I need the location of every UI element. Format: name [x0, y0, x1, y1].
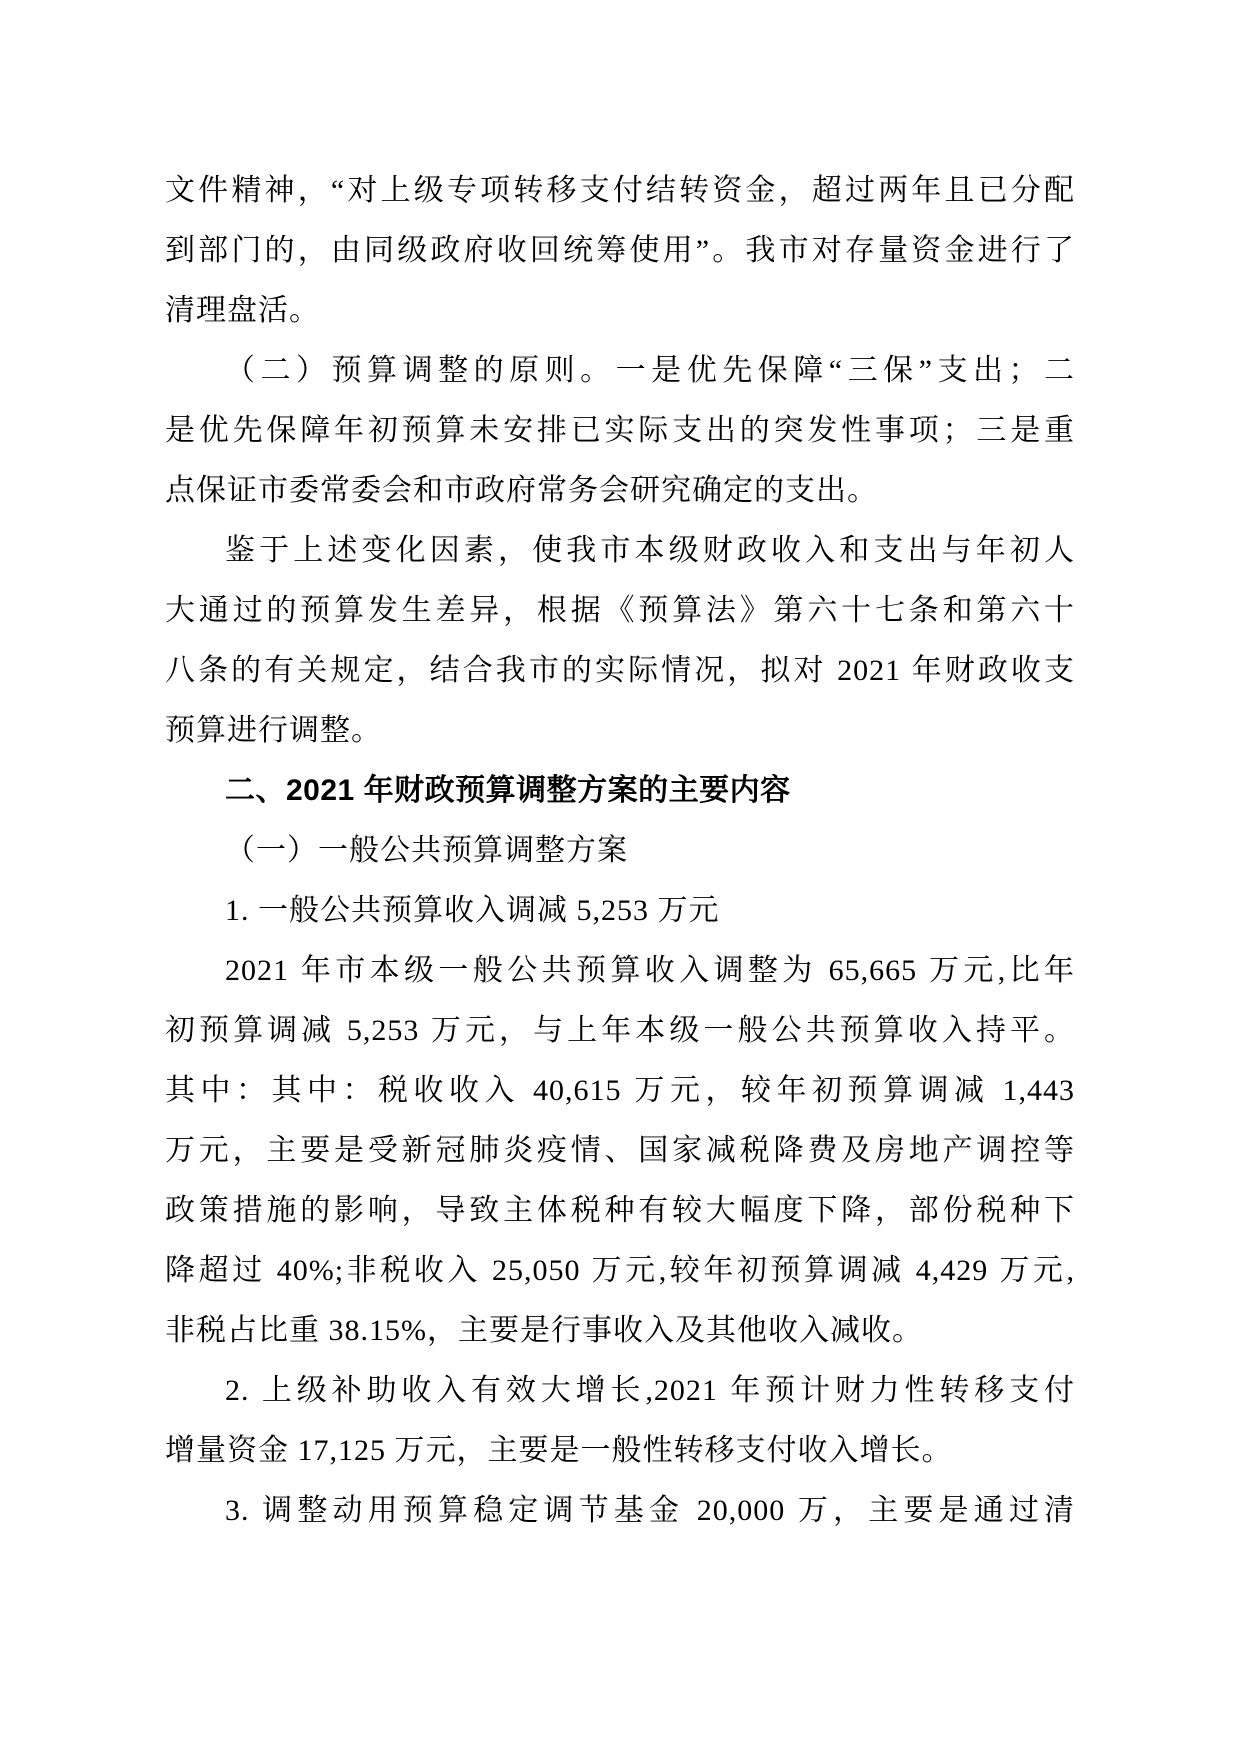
text-line: 点保证市委常委会和市政府常务会研究确定的支出。	[165, 461, 1075, 521]
text-line: 二、2021 年财政预算调整方案的主要内容	[165, 761, 1075, 821]
text-line: 2021 年市本级一般公共预算收入调整为 65,665 万元,比年	[165, 941, 1075, 1001]
para-adjustment-basis: 鉴于上述变化因素，使我市本级财政收入和支出与年初人大通过的预算发生差异，根据《预…	[165, 521, 1075, 761]
text-line: 3. 调整动用预算稳定调节基金 20,000 万，主要是通过清	[165, 1481, 1075, 1541]
heading-subsection-one: （一）一般公共预算调整方案	[165, 821, 1075, 881]
para-adjustment-principles: （二）预算调整的原则。一是优先保障“三保”支出；二是优先保障年初预算未安排已实际…	[165, 341, 1075, 521]
document-page: 文件精神，“对上级专项转移支付结转资金，超过两年且已分配到部门的，由同级政府收回…	[0, 0, 1240, 1754]
text-line: （二）预算调整的原则。一是优先保障“三保”支出；二	[165, 341, 1075, 401]
para-item-3: 3. 调整动用预算稳定调节基金 20,000 万，主要是通过清	[165, 1481, 1075, 1541]
text-line: 清理盘活。	[165, 281, 1075, 341]
text-line: （一）一般公共预算调整方案	[165, 821, 1075, 881]
text-line: 初预算调减 5,253 万元，与上年本级一般公共预算收入持平。	[165, 1001, 1075, 1061]
document-content: 文件精神，“对上级专项转移支付结转资金，超过两年且已分配到部门的，由同级政府收回…	[165, 161, 1075, 1541]
text-line: 预算进行调整。	[165, 701, 1075, 761]
text-line: 鉴于上述变化因素，使我市本级财政收入和支出与年初人	[165, 521, 1075, 581]
text-line: 2. 上级补助收入有效大增长,2021 年预计财力性转移支付	[165, 1361, 1075, 1421]
para-item-2: 2. 上级补助收入有效大增长,2021 年预计财力性转移支付增量资金 17,12…	[165, 1361, 1075, 1481]
text-line: 其中：其中：税收收入 40,615 万元，较年初预算调减 1,443	[165, 1061, 1075, 1121]
text-line: 大通过的预算发生差异，根据《预算法》第六十七条和第六十	[165, 581, 1075, 641]
text-line: 非税占比重 38.15%，主要是行事收入及其他收入减收。	[165, 1301, 1075, 1361]
text-line: 是优先保障年初预算未安排已实际支出的突发性事项；三是重	[165, 401, 1075, 461]
text-line: 八条的有关规定，结合我市的实际情况，拟对 2021 年财政收支	[165, 641, 1075, 701]
text-line: 1. 一般公共预算收入调减 5,253 万元	[165, 881, 1075, 941]
para-item-1-title: 1. 一般公共预算收入调减 5,253 万元	[165, 881, 1075, 941]
heading-section-two: 二、2021 年财政预算调整方案的主要内容	[165, 761, 1075, 821]
text-line: 增量资金 17,125 万元，主要是一般性转移支付收入增长。	[165, 1421, 1075, 1481]
text-line: 万元，主要是受新冠肺炎疫情、国家减税降费及房地产调控等	[165, 1121, 1075, 1181]
text-line: 到部门的，由同级政府收回统筹使用”。我市对存量资金进行了	[165, 221, 1075, 281]
para-item-1-detail: 2021 年市本级一般公共预算收入调整为 65,665 万元,比年初预算调减 5…	[165, 941, 1075, 1361]
para-stock-funds-cleanup: 文件精神，“对上级专项转移支付结转资金，超过两年且已分配到部门的，由同级政府收回…	[165, 161, 1075, 341]
text-line: 文件精神，“对上级专项转移支付结转资金，超过两年且已分配	[165, 161, 1075, 221]
text-line: 降超过 40%;非税收入 25,050 万元,较年初预算调减 4,429 万元,	[165, 1241, 1075, 1301]
text-line: 政策措施的影响，导致主体税种有较大幅度下降，部份税种下	[165, 1181, 1075, 1241]
